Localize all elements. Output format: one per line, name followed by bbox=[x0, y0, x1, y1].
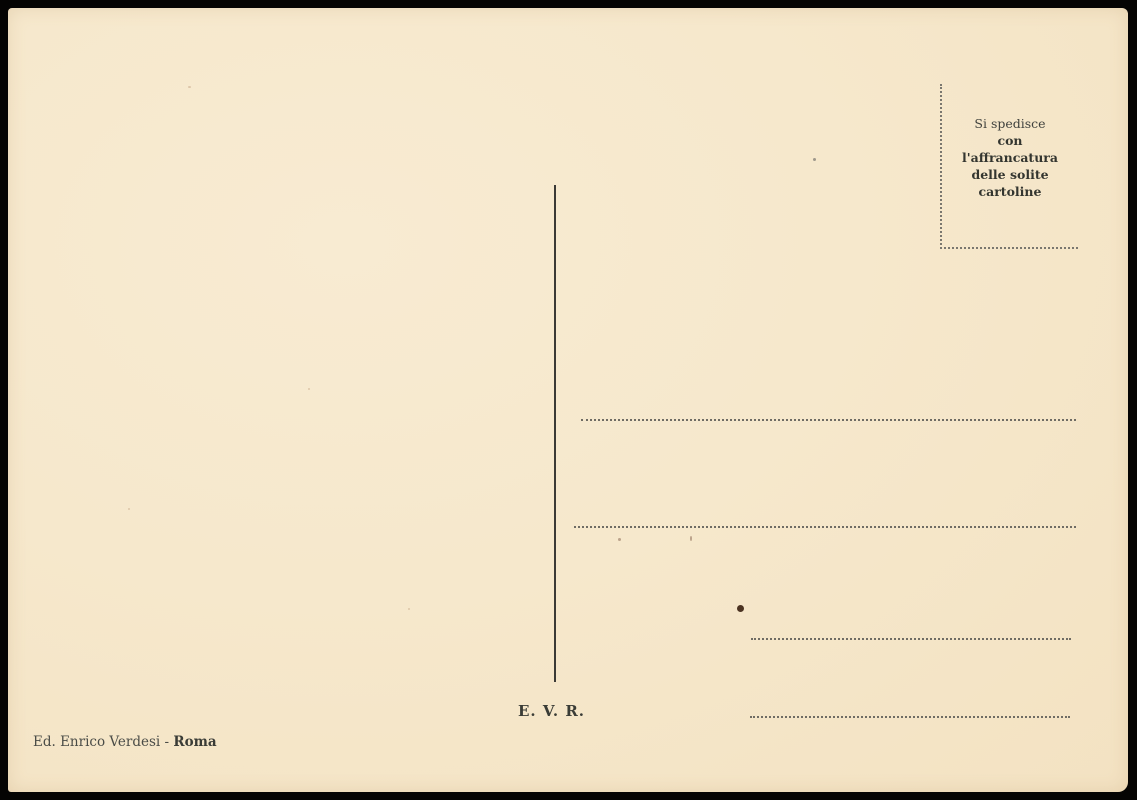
address-line-3 bbox=[751, 638, 1071, 640]
address-line-2 bbox=[574, 526, 1076, 528]
ink-spot bbox=[737, 605, 744, 612]
address-line-1 bbox=[581, 419, 1076, 421]
postcard-back: Si spedisce con l'affrancatura delle sol… bbox=[8, 8, 1128, 792]
publisher-logo: E. V. R. bbox=[518, 702, 585, 720]
address-line-4 bbox=[750, 716, 1070, 718]
publisher-credit: Ed. Enrico Verdesi - Roma bbox=[33, 734, 217, 750]
stamp-box: Si spedisce con l'affrancatura delle sol… bbox=[940, 84, 1078, 249]
divider-line bbox=[554, 185, 556, 682]
stamp-instructions: Si spedisce con l'affrancatura delle sol… bbox=[942, 115, 1078, 200]
